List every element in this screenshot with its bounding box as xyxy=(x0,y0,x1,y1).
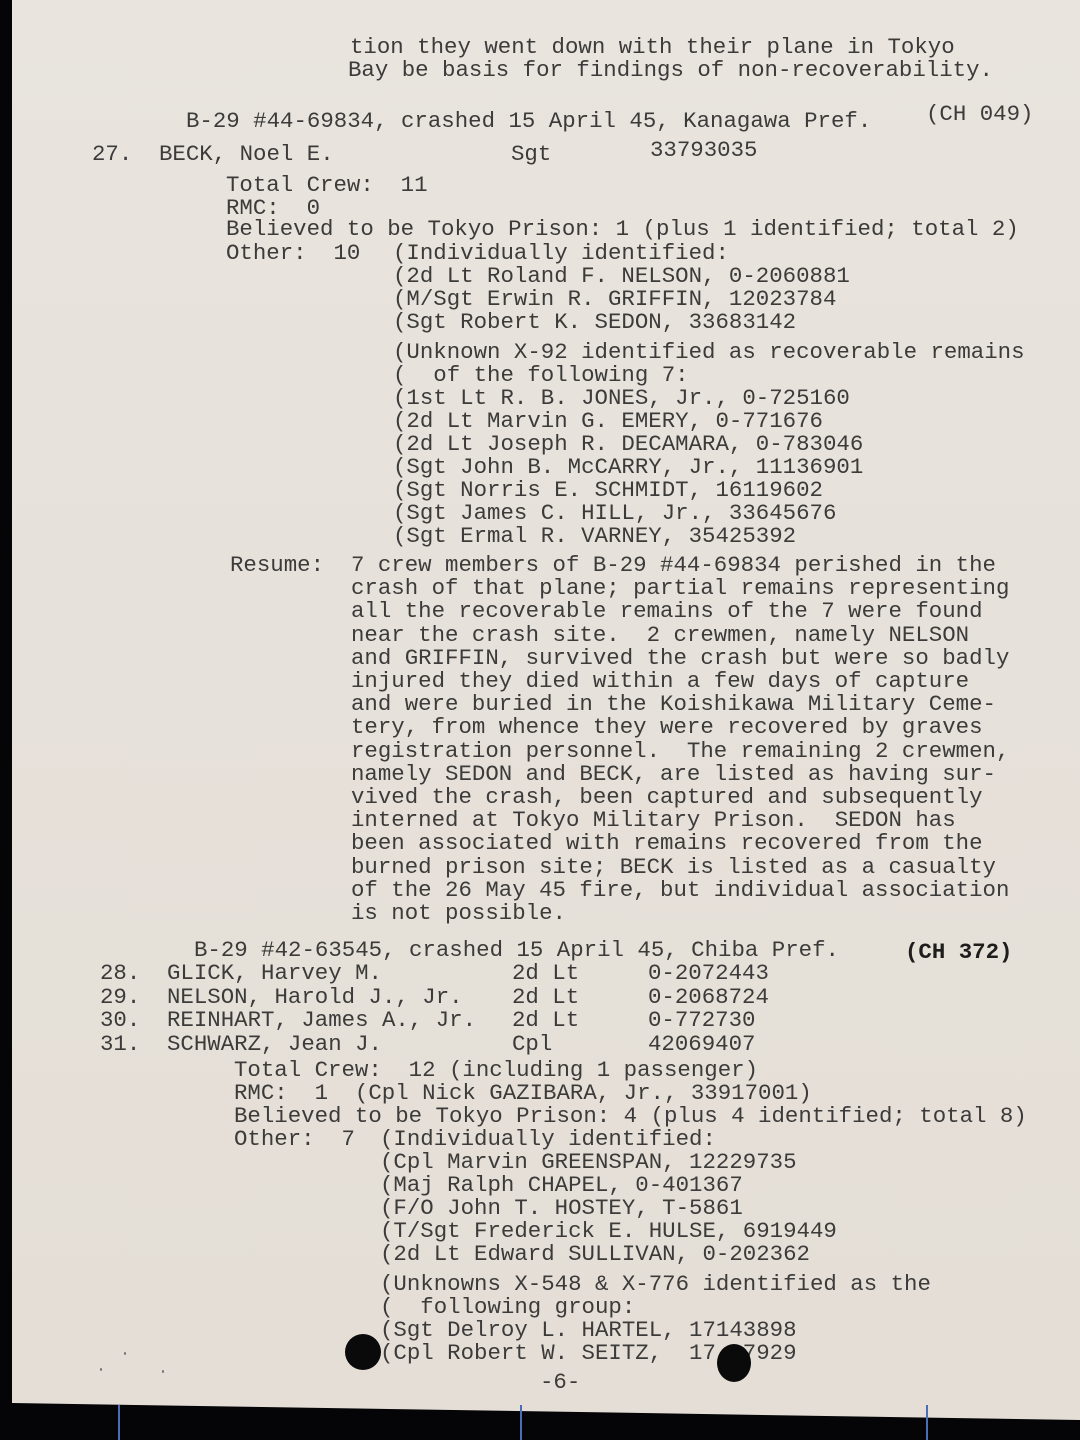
resume-line: of the 26 May 45 fire, but individual as… xyxy=(351,879,1009,902)
other-line: (Cpl Marvin GREENSPAN, 12229735 xyxy=(380,1151,797,1174)
paper-speck xyxy=(100,1368,102,1371)
intro-line: tion they went down with their plane in … xyxy=(350,36,955,59)
other-label: Other: 7 xyxy=(234,1128,355,1151)
entry-name: NELSON, Harold J., Jr. xyxy=(167,986,463,1009)
background-stripe xyxy=(926,1405,928,1440)
unknown-line: (2d Lt Joseph R. DECAMARA, 0-783046 xyxy=(393,433,863,456)
other-line: (F/O John T. HOSTEY, T-5861 xyxy=(380,1197,743,1220)
entry-number: 29. xyxy=(100,986,140,1009)
entry-serial: 0-2068724 xyxy=(648,986,769,1009)
resume-line: 7 crew members of B-29 #44-69834 perishe… xyxy=(351,554,996,577)
entry-name: BECK, Noel E. xyxy=(159,143,334,166)
resume-line: crash of that plane; partial remains rep… xyxy=(351,577,1009,600)
resume-line: interned at Tokyo Military Prison. SEDON… xyxy=(351,809,956,832)
unknown-line: (Sgt James C. HILL, Jr., 33645676 xyxy=(393,502,836,525)
unknown-line: (Sgt John B. McCARRY, Jr., 11136901 xyxy=(393,456,863,479)
other-line: (Sgt Robert K. SEDON, 33683142 xyxy=(393,311,796,334)
resume-line: near the crash site. 2 crewmen, namely N… xyxy=(351,624,969,647)
unknown-line: (Sgt Delroy L. HARTEL, 17143898 xyxy=(380,1319,797,1342)
other-line: (Individually identified: xyxy=(380,1128,716,1151)
background-stripe xyxy=(520,1405,522,1440)
entry-rank: 2d Lt xyxy=(512,986,579,1009)
resume-line: burned prison site; BECK is listed as a … xyxy=(351,856,996,879)
unknown-line: (Sgt Norris E. SCHMIDT, 16119602 xyxy=(393,479,823,502)
punch-hole xyxy=(345,1334,381,1370)
other-label: Other: 10 xyxy=(226,242,360,265)
resume-line: all the recoverable remains of the 7 wer… xyxy=(351,600,983,623)
resume-line: vived the crash, been captured and subse… xyxy=(351,786,983,809)
other-line: (Maj Ralph CHAPEL, 0-401367 xyxy=(380,1174,743,1197)
other-line: (T/Sgt Frederick E. HULSE, 6919449 xyxy=(380,1220,837,1243)
resume-line: and GRIFFIN, survived the crash but were… xyxy=(351,647,1009,670)
entry-serial: 0-772730 xyxy=(648,1009,756,1032)
case-code: (CH 372) xyxy=(905,941,1013,964)
entry-serial: 42069407 xyxy=(648,1033,756,1056)
entry-rank: 2d Lt xyxy=(512,962,579,985)
entry-serial: 0-2072443 xyxy=(648,962,769,985)
paper-speck xyxy=(162,1370,164,1373)
other-line: (Individually identified: xyxy=(393,242,729,265)
unknown-line: ( following group: xyxy=(380,1296,635,1319)
resume-line: registration personnel. The remaining 2 … xyxy=(351,740,1009,763)
intro-line: Bay be basis for findings of non-recover… xyxy=(348,59,993,82)
unknown-line: (2d Lt Marvin G. EMERY, 0-771676 xyxy=(393,410,823,433)
unknown-line: (Sgt Ermal R. VARNEY, 35425392 xyxy=(393,525,796,548)
summary-line: Believed to be Tokyo Prison: 4 (plus 4 i… xyxy=(234,1105,1027,1128)
paper-speck xyxy=(124,1352,126,1355)
entry-number: 27. xyxy=(92,143,132,166)
unknown-line: (Unknown X-92 identified as recoverable … xyxy=(393,341,1025,364)
resume-line: namely SEDON and BECK, are listed as hav… xyxy=(351,763,996,786)
incident-header: B-29 #42-63545, crashed 15 April 45, Chi… xyxy=(194,939,839,962)
case-code: (CH 049) xyxy=(926,103,1034,126)
punch-hole xyxy=(717,1344,751,1382)
entry-name: REINHART, James A., Jr. xyxy=(167,1009,476,1032)
summary-line: Total Crew: 11 xyxy=(226,174,428,197)
unknown-line: (1st Lt R. B. JONES, Jr., 0-725160 xyxy=(393,387,850,410)
summary-line: Believed to be Tokyo Prison: 1 (plus 1 i… xyxy=(226,218,1019,241)
entry-name: GLICK, Harvey M. xyxy=(167,962,382,985)
summary-line: Total Crew: 12 (including 1 passenger) xyxy=(234,1059,758,1082)
other-line: (2d Lt Roland F. NELSON, 0-2060881 xyxy=(393,265,850,288)
resume-line: is not possible. xyxy=(351,902,566,925)
resume-label: Resume: xyxy=(230,554,324,577)
entry-rank: Sgt xyxy=(511,143,551,166)
resume-line: been associated with remains recovered f… xyxy=(351,832,983,855)
resume-line: tery, from whence they were recovered by… xyxy=(351,716,983,739)
entry-number: 31. xyxy=(100,1033,140,1056)
other-line: (2d Lt Edward SULLIVAN, 0-202362 xyxy=(380,1243,810,1266)
incident-header: B-29 #44-69834, crashed 15 April 45, Kan… xyxy=(186,110,871,133)
entry-name: SCHWARZ, Jean J. xyxy=(167,1033,382,1056)
typed-document-page: tion they went down with their plane in … xyxy=(12,0,1080,1420)
resume-line: injured they died within a few days of c… xyxy=(351,670,969,693)
entry-serial: 33793035 xyxy=(650,139,758,162)
summary-line: RMC: 1 (Cpl Nick GAZIBARA, Jr., 33917001… xyxy=(234,1082,812,1105)
page-number: -6- xyxy=(540,1371,580,1394)
entry-number: 30. xyxy=(100,1009,140,1032)
resume-line: and were buried in the Koishikawa Milita… xyxy=(351,693,996,716)
unknown-line: ( of the following 7: xyxy=(393,364,689,387)
background-stripe xyxy=(118,1405,120,1440)
other-line: (M/Sgt Erwin R. GRIFFIN, 12023784 xyxy=(393,288,836,311)
entry-rank: Cpl xyxy=(512,1033,552,1056)
unknown-line: (Unknowns X-548 & X-776 identified as th… xyxy=(380,1273,931,1296)
entry-number: 28. xyxy=(100,962,140,985)
entry-rank: 2d Lt xyxy=(512,1009,579,1032)
